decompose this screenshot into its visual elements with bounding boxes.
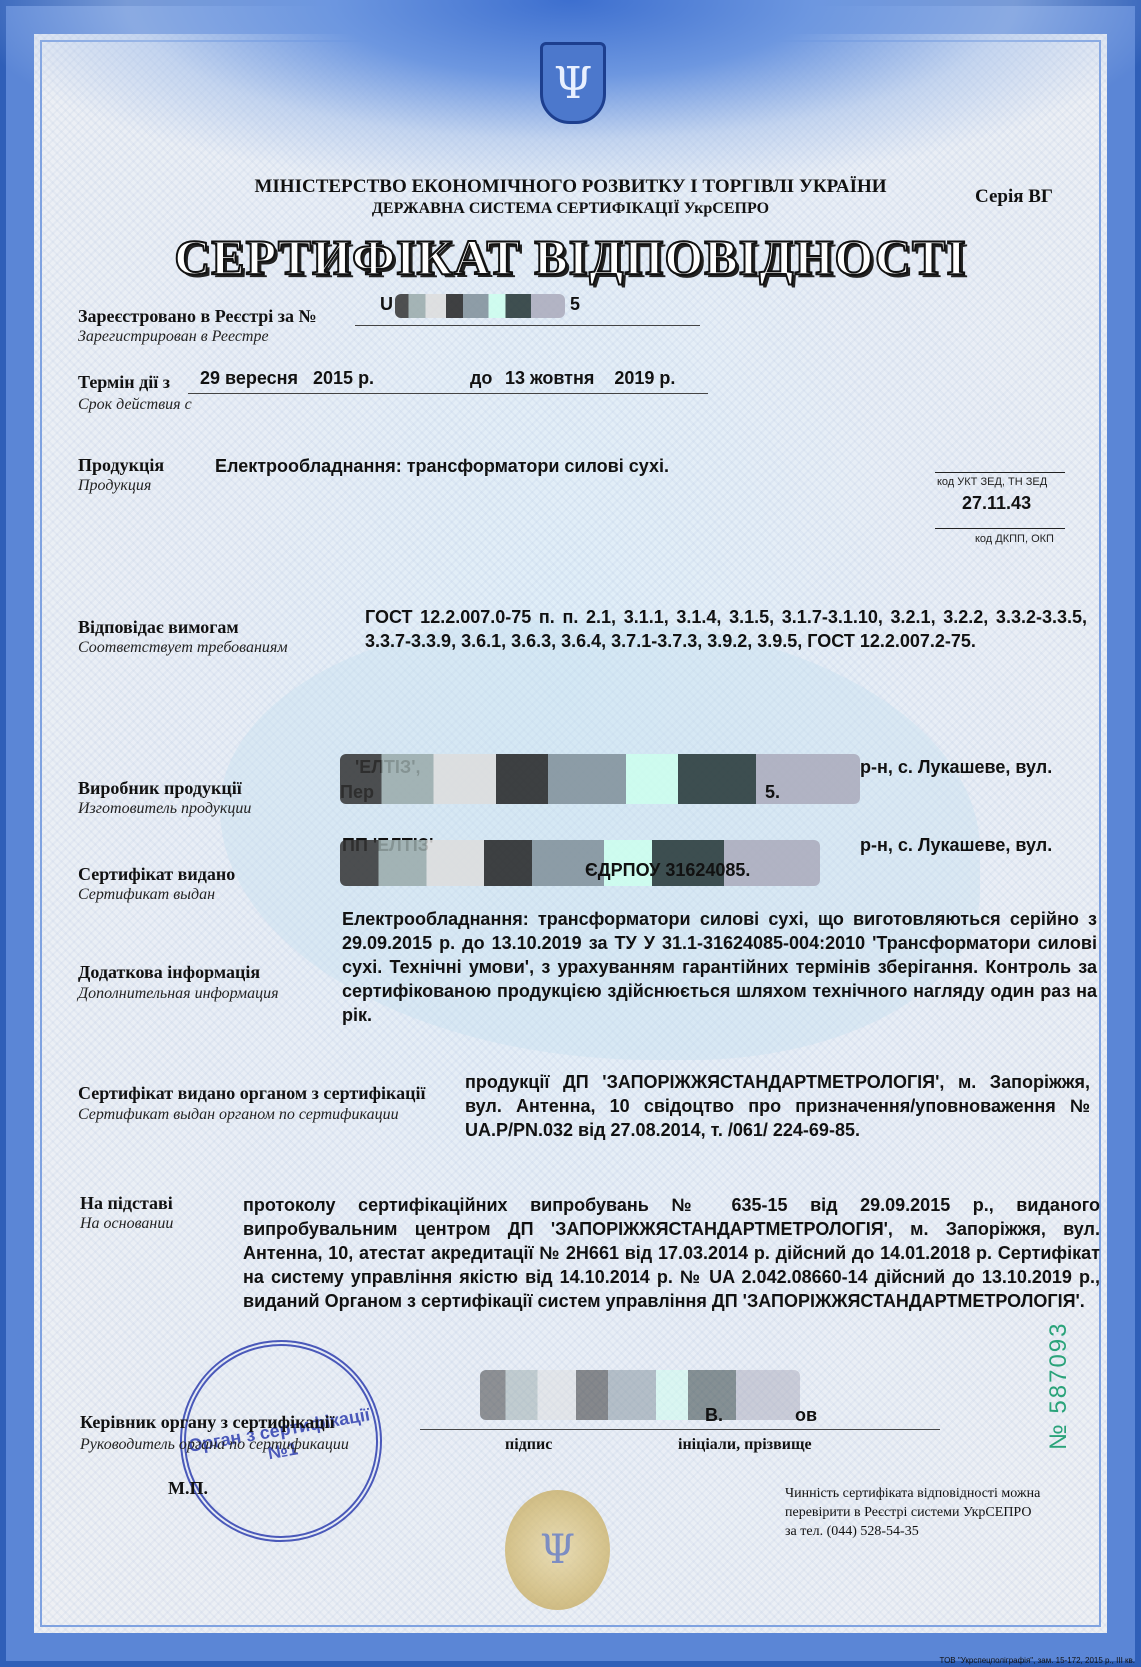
signatory-sub: Руководитель органа по сертификации [80, 1436, 349, 1454]
basis-label: На підставі [80, 1193, 173, 1214]
additional-value: Електрообладнання: трансформатори силові… [342, 907, 1097, 1027]
registry-number-start: U [380, 294, 393, 315]
signatory-name-end: ов [795, 1405, 817, 1426]
issued-to-label: Сертифікат видано [78, 864, 235, 885]
verify-line-3: за тел. (044) 528-54-35 [785, 1522, 1040, 1541]
verify-note: Чинність сертифіката відповідності можна… [785, 1484, 1040, 1541]
redacted-block [340, 754, 860, 804]
registry-label: Зареєстровано в Реєстрі за № [78, 306, 317, 327]
signatory-label: Керівник органу з сертифікації [80, 1412, 335, 1433]
code2-label: код ДКПП, ОКП [975, 533, 1054, 545]
requirements-sub: Соответствует требованиям [78, 639, 288, 657]
registry-sub: Зарегистрирован в Реестре [78, 328, 269, 346]
redacted-block [395, 294, 565, 318]
manufacturer-sub: Изготовитель продукции [78, 800, 251, 818]
registry-number-end: 5 [570, 294, 580, 315]
manufacturer-line2-end: 5. [765, 782, 780, 803]
registry-underline [355, 324, 700, 326]
issued-to-sub: Сертификат выдан [78, 886, 215, 904]
product-sub: Продукция [78, 477, 151, 495]
verify-line-1: Чинність сертифіката відповідності можна [785, 1484, 1040, 1503]
basis-sub: На основании [80, 1215, 173, 1233]
seal-mark: М.П. [168, 1478, 208, 1499]
name-caption: ініціали, прізвище [678, 1436, 812, 1454]
requirements-value: ГОСТ 12.2.007.0-75 п. п. 2.1, 3.1.1, 3.1… [365, 605, 1087, 653]
manufacturer-label: Виробник продукції [78, 778, 242, 799]
manufacturer-line1-end: р-н, с. Лукашеве, вул. [860, 757, 1052, 778]
verify-line-2: перевірити в Реєстрі системи УкрСЕПРО [785, 1503, 1040, 1522]
additional-sub: Дополнительная информация [78, 985, 279, 1003]
signature-caption: підпис [505, 1436, 552, 1454]
product-value: Електрообладнання: трансформатори силові… [215, 456, 669, 477]
code1-label: код УКТ ЗЕД, ТН ЗЕД [937, 476, 1047, 488]
issuing-body-sub: Сертификат выдан органом по сертификации [78, 1106, 399, 1124]
code1-value: 27.11.43 [962, 493, 1031, 514]
code-line-1 [935, 472, 1065, 473]
certificate-title: СЕРТИФІКАТ ВІДПОВІДНОСТІ [0, 228, 1141, 286]
validity-to: 13 жовтня 2019 р. [505, 368, 675, 389]
printer-imprint: ТОВ "Укрспецполіграфія", зам. 15-172, 20… [940, 1656, 1135, 1665]
serial-number: № 587093 [1045, 1322, 1073, 1451]
validity-sub: Срок действия с [78, 396, 192, 414]
series: Серія ВГ [975, 186, 1053, 208]
issuing-body-label: Сертифікат видано органом з сертифікації [78, 1083, 426, 1104]
requirements-label: Відповідає вимогам [78, 617, 239, 638]
validity-from: 29 вересня 2015 р. [200, 368, 374, 389]
additional-label: Додаткова інформація [78, 962, 260, 983]
validity-to-label: до [470, 368, 492, 389]
basis-value: протоколу сертифікаційних випробувань № … [243, 1193, 1100, 1313]
trident-emblem-icon: Ψ [540, 42, 606, 124]
ministry-name: МІНІСТЕРСТВО ЕКОНОМІЧНОГО РОЗВИТКУ І ТОР… [0, 176, 1141, 198]
hologram-seal-icon: Ψ [505, 1490, 610, 1610]
code-line-2 [935, 528, 1065, 529]
certification-system: ДЕРЖАВНА СИСТЕМА СЕРТИФІКАЦІЇ УкрСЕПРО [0, 200, 1141, 218]
product-label: Продукція [78, 455, 164, 476]
validity-underline [188, 392, 708, 394]
issued-to-line1-end: р-н, с. Лукашеве, вул. [860, 835, 1052, 856]
issuing-body-value: продукції ДП 'ЗАПОРІЖЖЯСТАНДАРТМЕТРОЛОГІ… [465, 1070, 1090, 1142]
signatory-initial: В. [705, 1405, 723, 1426]
issued-to-line2-end: ЄДРПОУ 31624085. [585, 860, 750, 881]
signature-underline [420, 1428, 940, 1430]
redacted-signature [480, 1370, 800, 1420]
validity-label: Термін дії з [78, 372, 170, 393]
